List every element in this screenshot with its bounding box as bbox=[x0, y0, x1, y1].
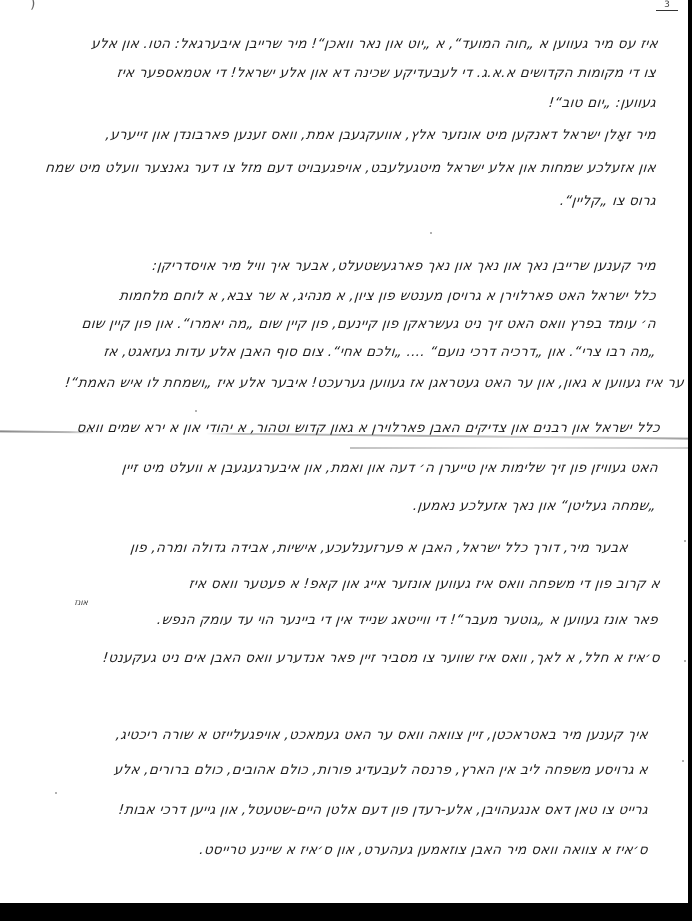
letter-line: גרוס צו „קליין“. bbox=[455, 193, 657, 209]
letter-line: מיר קענען שרייבן נאך און נאך און נאך פאר… bbox=[55, 258, 657, 274]
letter-line: און אזעלכע שמחות און אלע ישראל מיטגעלעבט… bbox=[45, 160, 657, 176]
inserted-word: אונז bbox=[75, 598, 89, 607]
letter-line: א גרויסע משפחה ליב אין הארץ, פרנסה לעבעד… bbox=[27, 762, 649, 778]
letter-line: איך קענען מיר באטראכטן, זיין צוואה וואס … bbox=[27, 727, 649, 743]
letter-page: ) 3 איז עס מיר געווען א „חוה המועד“, א „… bbox=[0, 0, 692, 903]
letter-line: ס׳איז א חלל, א לאך, וואס איז שווער צו מס… bbox=[29, 650, 661, 666]
letter-line: מיר זאָלן ישראל דאנקען מיט אונזער אלץ, א… bbox=[45, 127, 657, 143]
letter-line: „מה רבו צרי“. און „דרכיה דרכי נועם“ ....… bbox=[55, 344, 657, 360]
paper-tear-mark bbox=[350, 447, 688, 449]
corner-mark: ) bbox=[30, 0, 35, 12]
scan-speck bbox=[55, 792, 57, 794]
letter-line: ה׳ עומד בפרץ וואס האט זיך ניט געשראקן פו… bbox=[55, 316, 657, 332]
letter-line: אבער מיר, דורך כלל ישראל, האבן א פערזענל… bbox=[27, 540, 629, 556]
letter-line: האט געוויזן פון זיך שלימות אין טייערן ה׳… bbox=[57, 460, 659, 476]
scan-speck bbox=[684, 540, 686, 542]
scan-speck bbox=[684, 660, 686, 662]
letter-line: „שמחה געליטן“ און נאך אזעלכע נאמען. bbox=[355, 498, 657, 514]
letter-line: צו די מקומות הקדושים א.א.ג. די לעבעדיקע … bbox=[55, 65, 657, 81]
page-number: 3 bbox=[656, 0, 678, 11]
scan-speck bbox=[430, 232, 432, 234]
letter-line: ער איז געווען א גאון, און ער האט געטראגן… bbox=[53, 375, 685, 391]
scan-border bbox=[0, 903, 692, 921]
scan-speck bbox=[682, 760, 684, 762]
letter-line: ס׳איז א צוואה וואס מיר האבן צוזאמען געהע… bbox=[47, 842, 649, 858]
letter-line: איז עס מיר געווען א „חוה המועד“, א „יוט … bbox=[49, 36, 659, 52]
letter-line: כלל ישראל און רבנים און צדיקים האבן פארל… bbox=[19, 420, 661, 436]
letter-line: פאר אונז געווען א „גוטער מעבר“! די ווייט… bbox=[37, 612, 659, 628]
letter-line: א קרוב פון די משפחה וואס איז געווען אונז… bbox=[39, 576, 661, 592]
letter-line: גרייט צו טאן דאס אנגעהויבן, אלע-רעדן פון… bbox=[47, 802, 649, 818]
scan-speck bbox=[195, 410, 197, 412]
letter-line: געווען: „יום טוב“! bbox=[355, 95, 657, 111]
letter-line: כלל ישראל האט פארלוירן א גרויסן מענטש פו… bbox=[55, 288, 657, 304]
